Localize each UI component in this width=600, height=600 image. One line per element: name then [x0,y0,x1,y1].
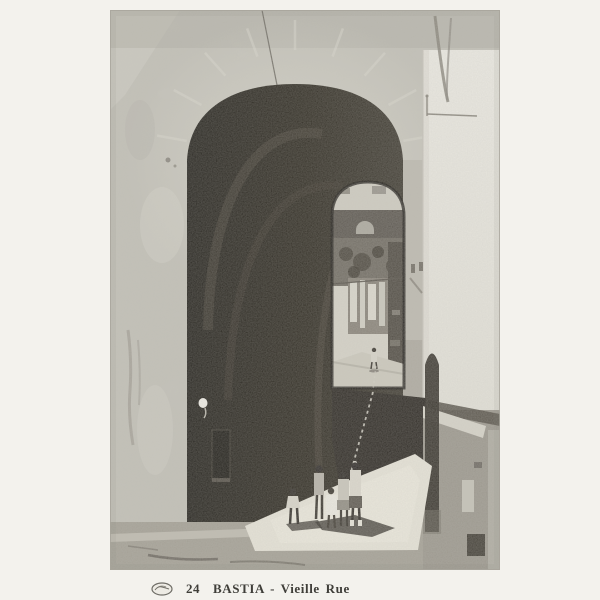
caption-title: BASTIA - Vieille Rue [213,581,350,597]
postcard-photo [110,10,500,570]
postcard: 24 BASTIA - Vieille Rue [0,0,600,600]
caption-number: 24 [186,581,200,597]
publisher-logo-icon [150,581,174,597]
caption-row: 24 BASTIA - Vieille Rue [110,578,500,600]
film-grain [110,10,500,570]
photo-scene [110,10,500,570]
